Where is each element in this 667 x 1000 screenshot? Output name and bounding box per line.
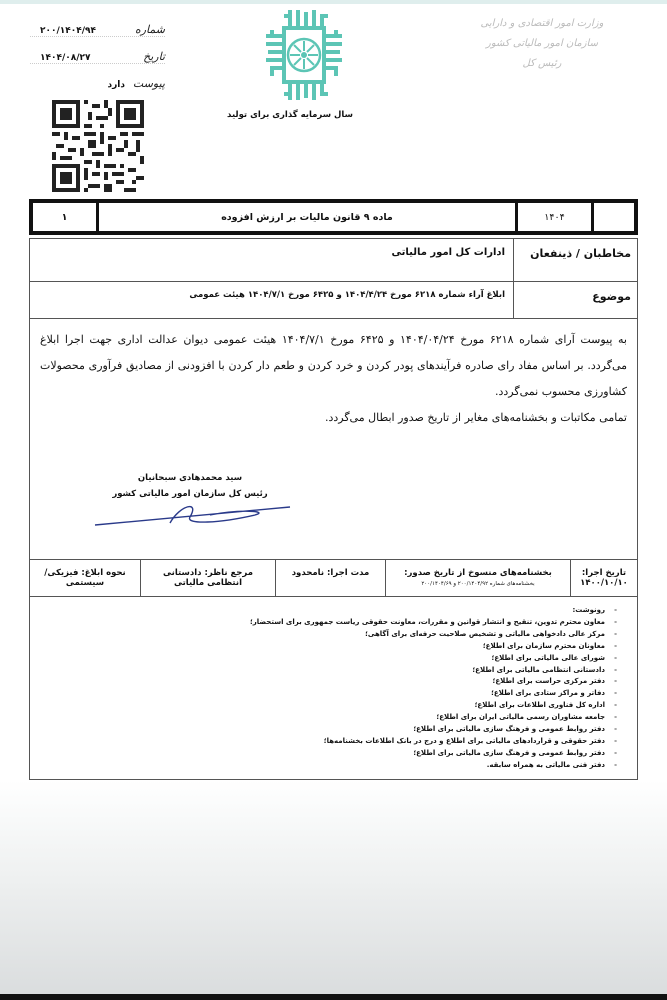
circular-footer-row: تاریخ اجرا: ۱۴۰۰/۱۰/۱۰ بخشنامه‌های منسوخ… — [30, 559, 637, 596]
bottom-edge — [0, 994, 667, 1000]
addressees-row: مخاطبان / ذینفعان ادارات کل امور مالیاتی — [30, 239, 637, 282]
cc-item: دفاتر و مراکز ستادی برای اطلاع؛ — [30, 688, 617, 700]
cc-item: دفتر روابط عمومی و فرهنگ سازی مالیاتی بر… — [30, 724, 617, 736]
subject-label: موضوع — [513, 282, 637, 318]
cc-item: اداره کل فناوری اطلاعات برای اطلاع؛ — [30, 700, 617, 712]
year-slogan: سال سرمایه گذاری برای تولید — [215, 110, 365, 120]
cc-item: شورای عالی مالیاتی برای اطلاع؛ — [30, 653, 617, 665]
supervisor-cell: مرجع ناظر: دادستانی انتظامی مالیاتی — [140, 560, 275, 596]
cc-item: دفتر حقوقی و قراردادهای مالیاتی برای اطل… — [30, 736, 617, 748]
qr-code-icon[interactable] — [52, 100, 144, 192]
handwritten-signature-icon — [90, 485, 300, 530]
ministry-line-1: وزارت امور اقتصادی و دارایی — [457, 14, 627, 34]
cc-item: دفتر روابط عمومی و فرهنگ سازی مالیاتی بر… — [30, 748, 617, 760]
cc-item: معاون محترم تدوین، تنقیح و انتشار قوانین… — [30, 617, 617, 629]
cc-item: دفتر مرکزی حراست برای اطلاع؛ — [30, 676, 617, 688]
delivery-method-cell: نحوه ابلاغ: فیزیکی/سیستمی — [30, 560, 140, 596]
body-paragraph-2: تمامی مکاتبات و بخشنامه‌های مغایر از تار… — [40, 405, 627, 431]
cc-item: دادستانی انتظامی مالیاتی برای اطلاع؛ — [30, 665, 617, 677]
subject-value: ابلاغ آراء شماره ۶۲۱۸ مورخ ۱۴۰۴/۴/۲۴ و ۶… — [30, 282, 513, 318]
title-subject-cell: ماده ۹ قانون مالیات بر ارزش افزوده — [96, 203, 515, 231]
ministry-header: وزارت امور اقتصادی و دارایی سازمان امور … — [457, 14, 627, 74]
letter-date-value: ۱۴۰۴/۰۸/۲۷ — [30, 53, 125, 63]
attachment-row: پیوست دارد — [30, 66, 165, 90]
repealed-circulars-cell: بخشنامه‌های منسوخ از تاریخ صدور: بخشنامه… — [385, 560, 570, 596]
title-number-cell: ۱ — [33, 203, 96, 231]
letter-date-row: تاریخ ۱۴۰۴/۰۸/۲۷ — [30, 39, 165, 64]
letter-date-label: تاریخ — [125, 50, 165, 63]
cc-item: مرکز عالی دادخواهی مالیاتی و تشخیص صلاحی… — [30, 629, 617, 641]
top-strip — [0, 0, 667, 4]
cc-item: رونوشت: — [30, 605, 617, 617]
addressees-value: ادارات کل امور مالیاتی — [30, 239, 513, 281]
circular-main-box: مخاطبان / ذینفعان ادارات کل امور مالیاتی… — [29, 238, 638, 597]
body-paragraph-1: به پیوست آرای شماره ۶۲۱۸ مورخ ۱۴۰۴/۰۴/۲۴… — [40, 327, 627, 405]
letter-number-value: ۲۰۰/۱۴۰۴/۹۴ — [30, 26, 125, 36]
title-table: ۱۴۰۴ ماده ۹ قانون مالیات بر ارزش افزوده … — [29, 199, 638, 235]
letter-number-label: شماره — [125, 23, 165, 36]
signatory-name: سید محمدهادی سبحانیان — [90, 470, 290, 486]
title-year-cell: ۱۴۰۴ — [515, 203, 591, 231]
letter-meta: شماره ۲۰۰/۱۴۰۴/۹۴ تاریخ ۱۴۰۴/۰۸/۲۷ پیوست… — [30, 12, 165, 92]
attachment-value: دارد — [30, 80, 125, 90]
cc-item: دفتر فنی مالیاتی به همراه سابقه. — [30, 760, 617, 772]
attachment-label: پیوست — [125, 77, 165, 90]
duration-cell: مدت اجرا: نامحدود — [275, 560, 385, 596]
letter-number-row: شماره ۲۰۰/۱۴۰۴/۹۴ — [30, 12, 165, 37]
cc-item: جامعه مشاوران رسمی مالیاتی ایران برای اط… — [30, 712, 617, 724]
cc-list: رونوشت: معاون محترم تدوین، تنقیح و انتشا… — [30, 605, 617, 772]
repealed-title: بخشنامه‌های منسوخ از تاریخ صدور: — [390, 568, 566, 578]
tax-organization-logo-icon — [262, 6, 346, 104]
cc-list-box: رونوشت: معاون محترم تدوین، تنقیح و انتشا… — [29, 597, 638, 780]
document-page: شماره ۲۰۰/۱۴۰۴/۹۴ تاریخ ۱۴۰۴/۰۸/۲۷ پیوست… — [0, 0, 667, 1000]
ministry-line-3: رئیس کل — [457, 54, 627, 74]
ministry-line-2: سازمان امور مالیاتی کشور — [457, 34, 627, 54]
repealed-detail: بخشنامه‌های شماره ۲۰۰/۱۴۰۴/۹۲ و ۲۰۰/۱۴۰۴… — [390, 581, 566, 587]
circular-body: به پیوست آرای شماره ۶۲۱۸ مورخ ۱۴۰۴/۰۴/۲۴… — [30, 319, 637, 431]
effective-date-cell: تاریخ اجرا: ۱۴۰۰/۱۰/۱۰ — [570, 560, 637, 596]
title-code-cell — [591, 203, 634, 231]
subject-row: موضوع ابلاغ آراء شماره ۶۲۱۸ مورخ ۱۴۰۴/۴/… — [30, 282, 637, 319]
addressees-label: مخاطبان / ذینفعان — [513, 239, 637, 281]
cc-item: معاونان محترم سازمان برای اطلاع؛ — [30, 641, 617, 653]
